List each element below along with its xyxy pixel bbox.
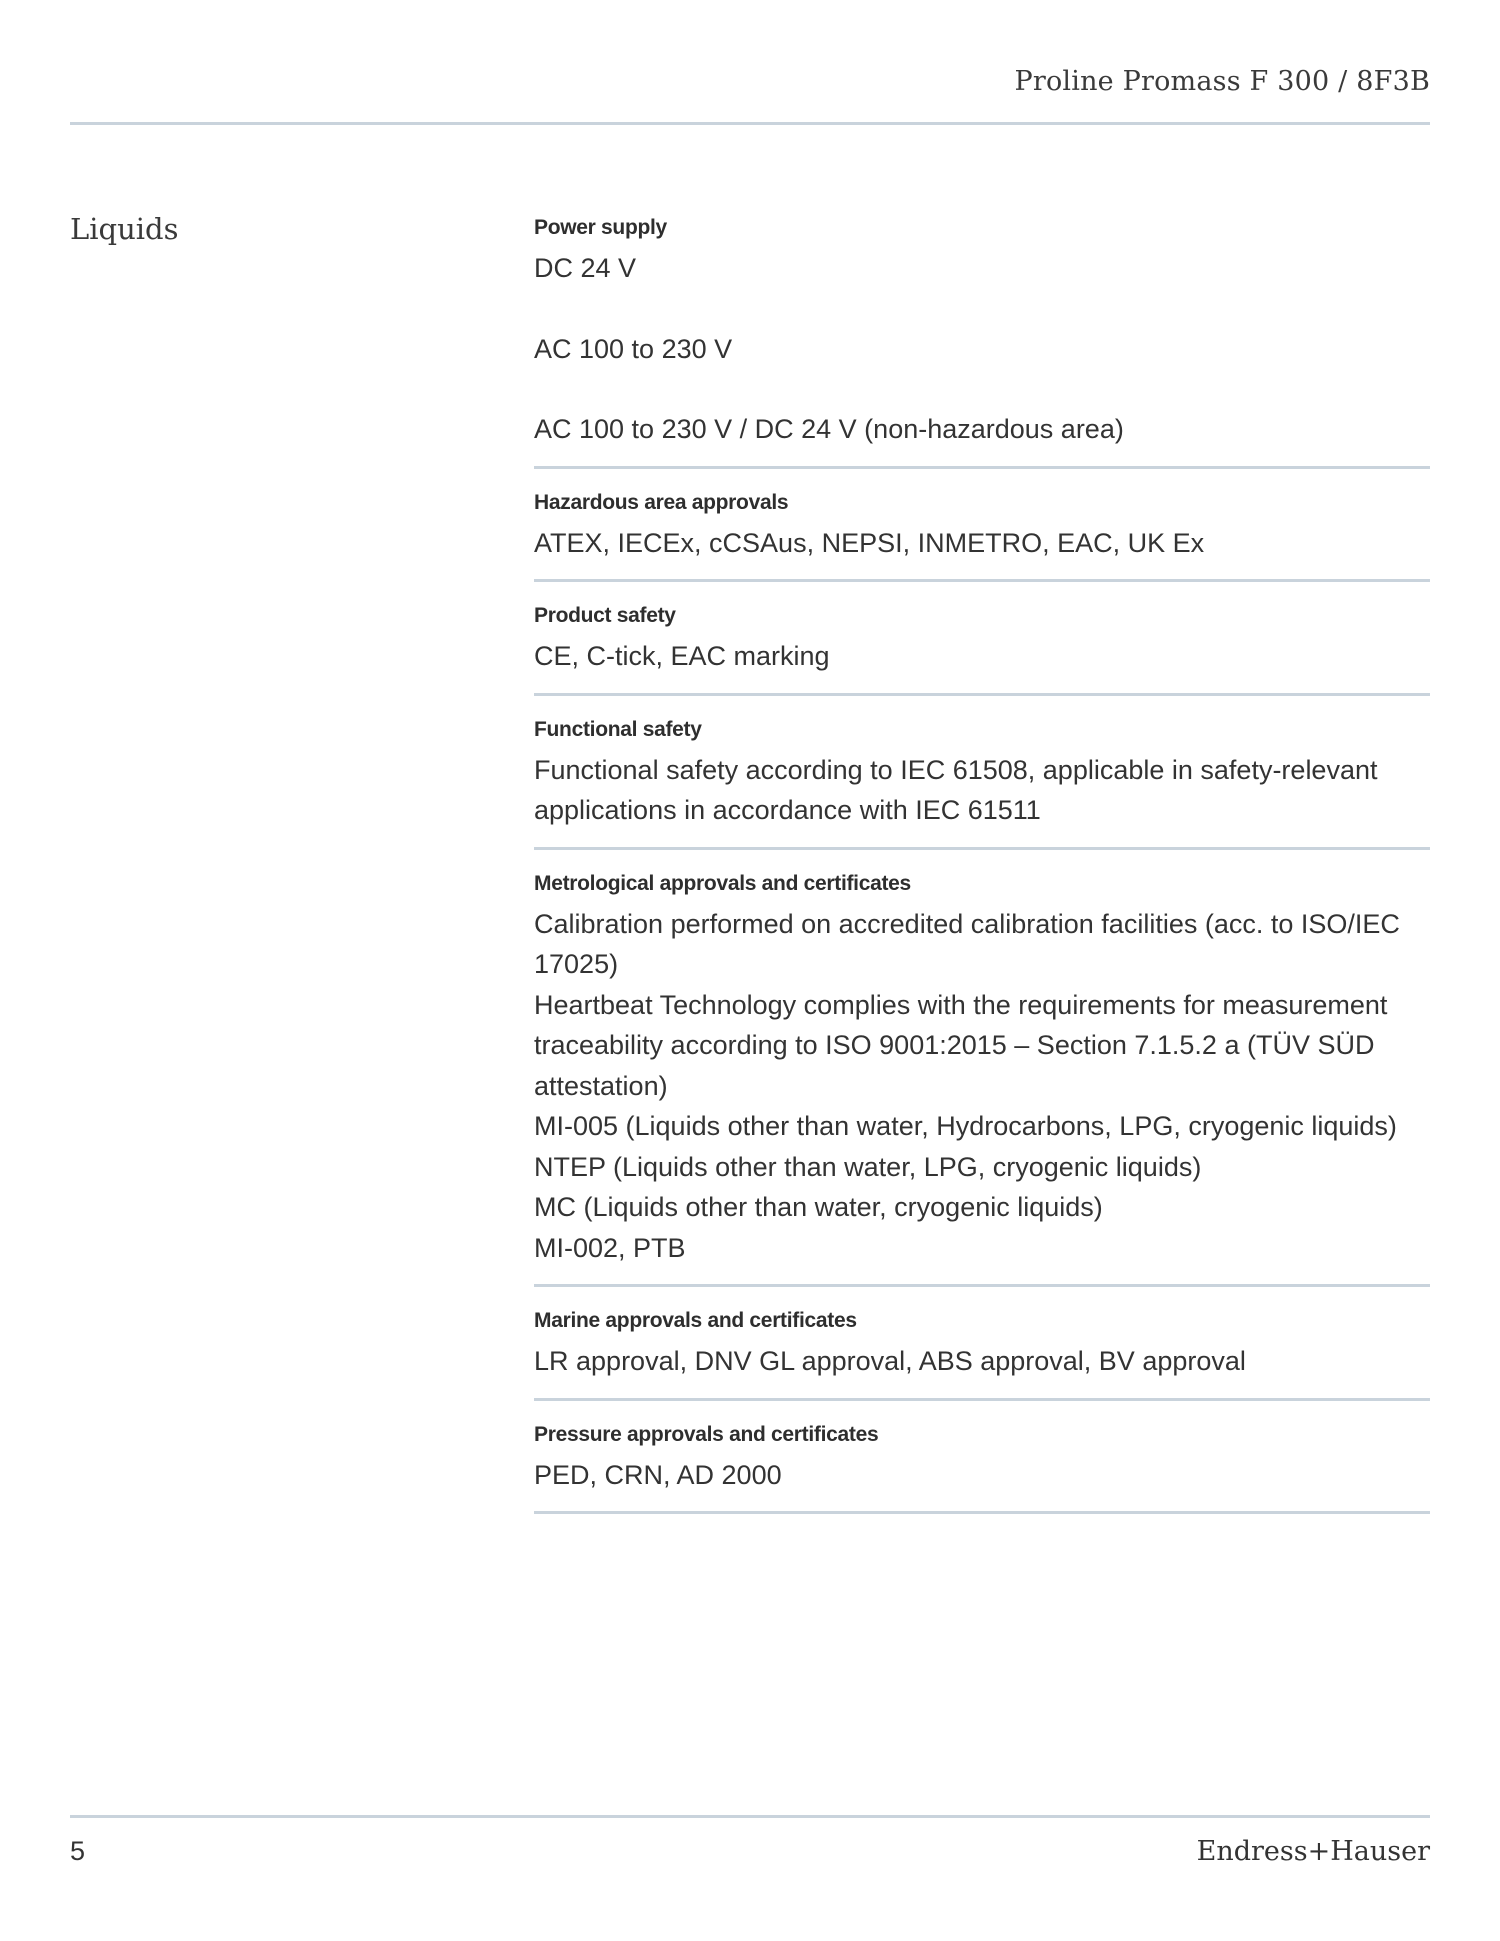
spec-hazardous-area-approvals: Hazardous area approvals ATEX, IECEx, cC… [534, 489, 1430, 583]
spec-power-supply: Power supply DC 24 V AC 100 to 230 V AC … [534, 214, 1430, 469]
spec-label: Power supply [534, 214, 1430, 242]
spec-label: Hazardous area approvals [534, 489, 1430, 517]
section-title: Liquids [70, 212, 179, 246]
spec-value: MI-002, PTB [534, 1228, 1430, 1269]
brand-name: Endress+Hauser [1197, 1836, 1430, 1867]
spec-value: LR approval, DNV GL approval, ABS approv… [534, 1341, 1430, 1382]
spec-value: AC 100 to 230 V [534, 329, 1430, 370]
spec-pressure-approvals: Pressure approvals and certificates PED,… [534, 1421, 1430, 1515]
spec-value: Calibration performed on accredited cali… [534, 904, 1430, 985]
spec-value: PED, CRN, AD 2000 [534, 1455, 1430, 1496]
spec-label: Pressure approvals and certificates [534, 1421, 1430, 1449]
spec-label: Product safety [534, 602, 1430, 630]
spec-value: Heartbeat Technology complies with the r… [534, 985, 1430, 1107]
spec-marine-approvals: Marine approvals and certificates LR app… [534, 1307, 1430, 1401]
spec-product-safety: Product safety CE, C-tick, EAC marking [534, 602, 1430, 696]
spec-metrological-approvals: Metrological approvals and certificates … [534, 870, 1430, 1288]
spec-value: MC (Liquids other than water, cryogenic … [534, 1187, 1430, 1228]
spec-functional-safety: Functional safety Functional safety acco… [534, 716, 1430, 850]
spec-value: AC 100 to 230 V / DC 24 V (non-hazardous… [534, 409, 1430, 450]
spec-label: Functional safety [534, 716, 1430, 744]
footer-divider [70, 1815, 1430, 1818]
spec-value: CE, C-tick, EAC marking [534, 636, 1430, 677]
spec-value: ATEX, IECEx, cCSAus, NEPSI, INMETRO, EAC… [534, 523, 1430, 564]
spec-value: Functional safety according to IEC 61508… [534, 750, 1430, 831]
document-header-title: Proline Promass F 300 / 8F3B [1014, 66, 1430, 97]
spec-label: Marine approvals and certificates [534, 1307, 1430, 1335]
header-divider [70, 122, 1430, 125]
spec-value: NTEP (Liquids other than water, LPG, cry… [534, 1147, 1430, 1188]
spec-value: MI-005 (Liquids other than water, Hydroc… [534, 1106, 1430, 1147]
page-number: 5 [70, 1836, 85, 1867]
spec-label: Metrological approvals and certificates [534, 870, 1430, 898]
spec-value: DC 24 V [534, 248, 1430, 289]
spec-list: Power supply DC 24 V AC 100 to 230 V AC … [534, 214, 1430, 1534]
